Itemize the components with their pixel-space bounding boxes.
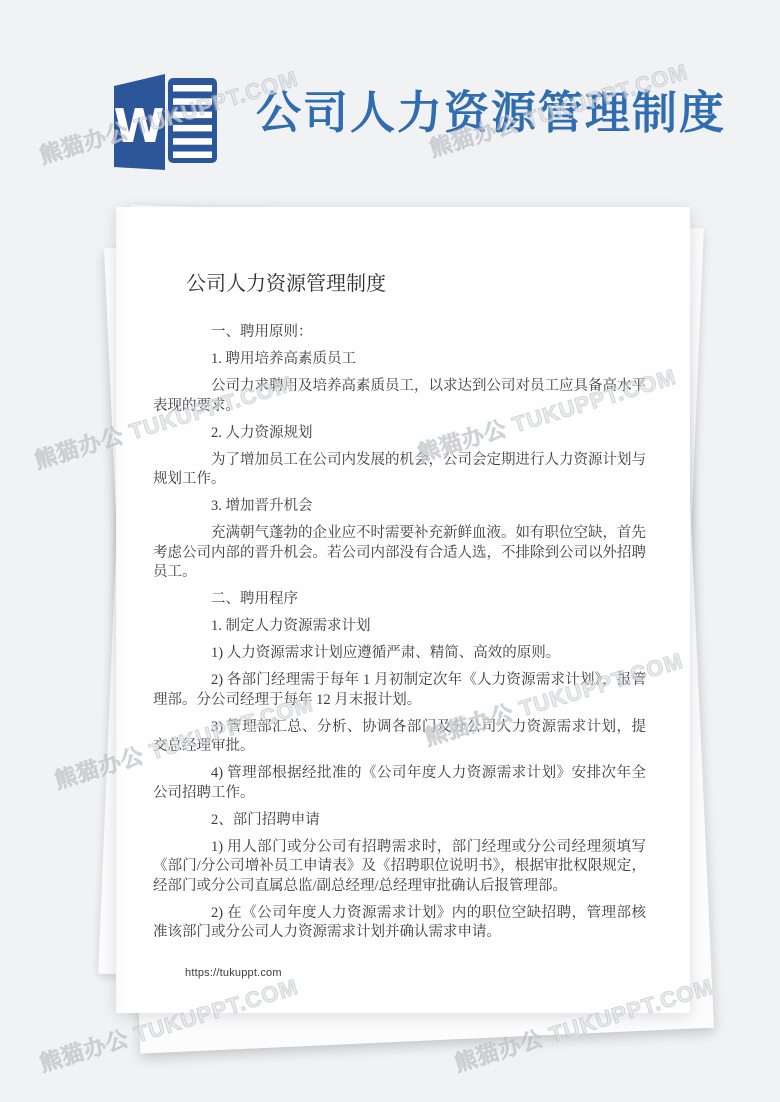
doc-paragraph: 1) 人力资源需求计划应遵循严肃、精简、高效的原则。 [153, 644, 646, 664]
doc-paragraph: 3) 管理部汇总、分析、协调各部门及分公司人力资源需求计划，提交总经理审批。 [153, 718, 646, 757]
doc-paragraph: 1. 聘用培养高素质员工 [153, 350, 646, 370]
document-body: 一、聘用原则：1. 聘用培养高素质员工公司力求聘用及培养高素质员工，以求达到公司… [153, 323, 646, 943]
doc-paragraph: 3. 增加晋升机会 [153, 497, 646, 517]
document-footer-url: https://tukuppt.com [185, 967, 282, 979]
document-title: 公司人力资源管理制度 [186, 270, 646, 298]
doc-paragraph: 2) 各部门经理需于每年 1 月初制定次年《人力资源需求计划》，报管理部。分公司… [153, 671, 646, 710]
doc-paragraph: 1. 制定人力资源需求计划 [153, 617, 646, 637]
doc-paragraph: 一、聘用原则： [153, 323, 646, 343]
doc-paragraph: 4) 管理部根据经批准的《公司年度人力资源需求计划》安排次年全公司招聘工作。 [153, 764, 646, 803]
word-logo-svg: W [113, 72, 217, 172]
doc-paragraph: 公司力求聘用及培养高素质员工，以求达到公司对员工应具备高水平表现的要求。 [153, 377, 646, 416]
header: W 公司人力资源管理制度 [0, 0, 780, 190]
doc-paragraph: 2) 在《公司年度人力资源需求计划》内的职位空缺招聘，管理部核准该部门或分公司人… [153, 904, 646, 943]
doc-paragraph: 1) 用人部门或分公司有招聘需求时，部门经理或分公司经理须填写《部门/分公司增补… [153, 838, 646, 897]
doc-paragraph: 为了增加员工在公司内发展的机会，公司会定期进行人力资源计划与规划工作。 [153, 451, 646, 490]
doc-paragraph: 2. 人力资源规划 [153, 424, 646, 444]
word-logo-letter: W [114, 99, 165, 153]
doc-paragraph: 二、聘用程序 [153, 590, 646, 610]
header-title: 公司人力资源管理制度 [256, 88, 726, 138]
doc-paragraph: 充满朝气蓬勃的企业应不时需要补充新鲜血液。如有职位空缺，首先考虑公司内部的晋升机… [153, 524, 646, 583]
word-logo-icon: W [113, 72, 217, 172]
doc-paragraph: 2、部门招聘申请 [153, 811, 646, 831]
document-page: 公司人力资源管理制度 一、聘用原则：1. 聘用培养高素质员工公司力求聘用及培养高… [116, 207, 690, 1013]
page-background: W 公司人力资源管理制度 公司人力资源管理制度 一、聘用原则：1. 聘用培养高素… [0, 0, 780, 1102]
